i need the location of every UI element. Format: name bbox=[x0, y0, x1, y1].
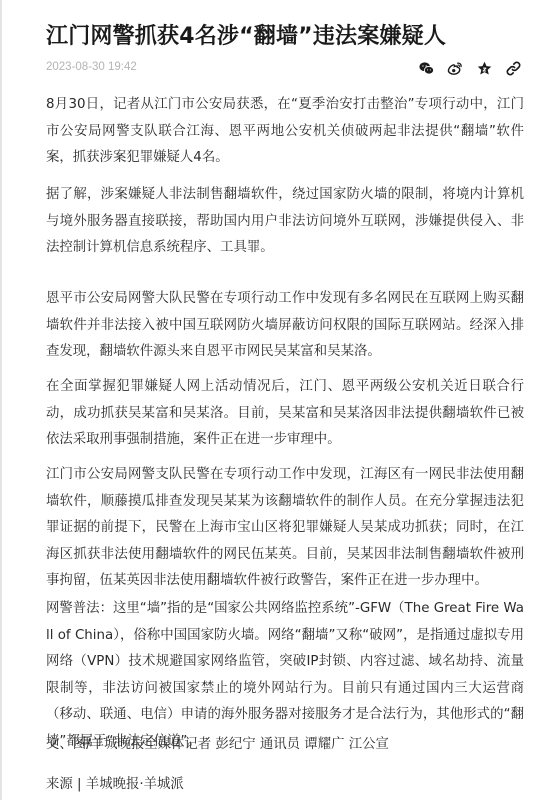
article-meta: 2023-08-30 19:42 bbox=[46, 58, 522, 78]
article-title: 江门网警抓获4名涉“翻墙”违法案嫌疑人 bbox=[46, 22, 526, 52]
copy-link-icon[interactable] bbox=[504, 59, 522, 77]
favorite-star-icon[interactable] bbox=[475, 59, 493, 77]
paragraph-jianghai-case: 江门市公安局网警支队民警在专项行动工作中发现，江海区有一网民非法使用翻墙软件，顺… bbox=[46, 462, 524, 595]
article-byline: 文、图/羊城晚报全媒体记者 彭纪宁 通讯员 谭耀广 江公宣 bbox=[46, 732, 524, 759]
article-source: 来源 | 羊城晚报·羊城派 bbox=[46, 772, 524, 799]
paragraph-background: 据了解，涉案嫌疑人非法制售翻墙软件，绕过国家防火墙的限制，将境内计算机与境外服务… bbox=[46, 182, 524, 262]
wechat-icon[interactable] bbox=[417, 59, 435, 77]
weibo-icon[interactable] bbox=[446, 59, 464, 77]
page-left-border bbox=[0, 0, 2, 800]
share-bar bbox=[417, 58, 522, 78]
paragraph-enping-arrest: 在全面掌握犯罪嫌疑人网上活动情况后，江门、恩平两级公安机关近日联合行动，成功抓获… bbox=[46, 374, 524, 454]
publish-date: 2023-08-30 19:42 bbox=[46, 59, 137, 75]
paragraph-intro: 8月30日，记者从江门市公安局获悉，在“夏季治安打击整治”专项行动中，江门市公安… bbox=[46, 92, 524, 172]
paragraph-enping-case: 恩平市公安局网警大队民警在专项行动工作中发现有多名网民在互联网上购买翻墙软件并非… bbox=[46, 286, 524, 366]
